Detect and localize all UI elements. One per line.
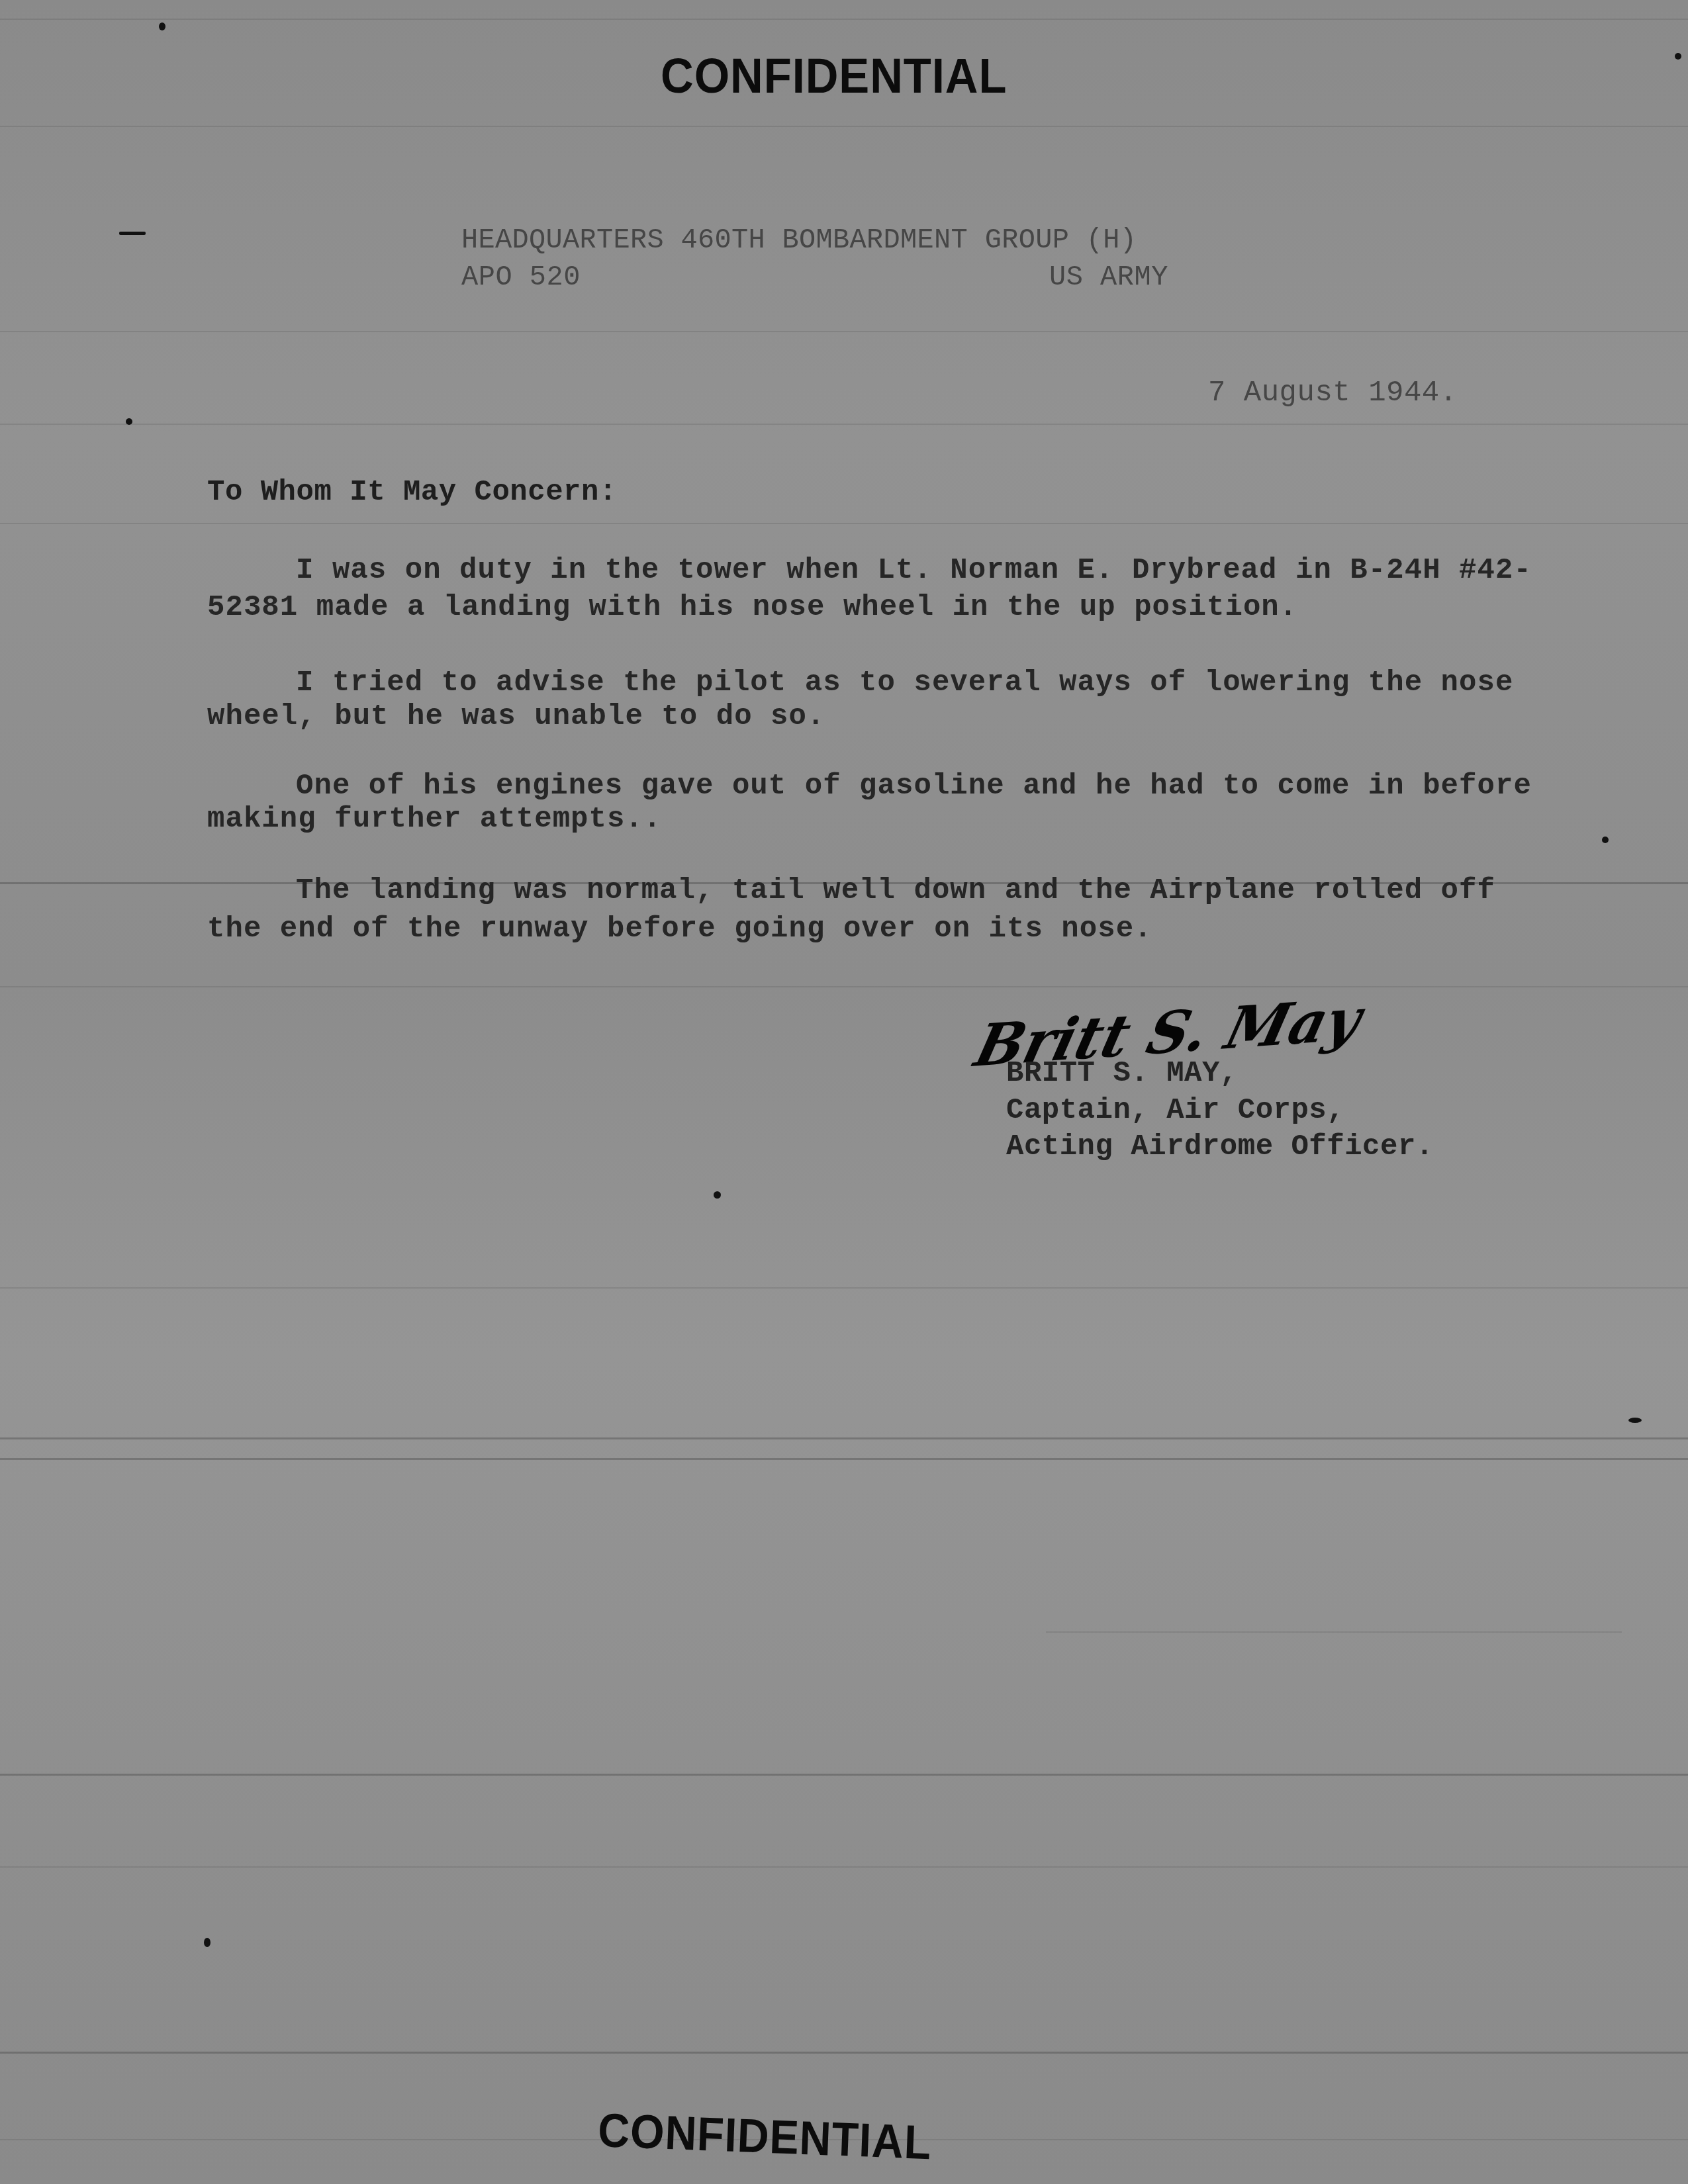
dust-speck [1602,837,1609,843]
scan-streak [0,1774,1688,1776]
paragraph-3-line-2: making further attempts.. [207,805,661,834]
paragraph-4-line-2: the end of the runway before going over … [207,915,1152,944]
signer-position: Acting Airdrome Officer. [1006,1132,1434,1161]
salutation: To Whom It May Concern: [207,478,617,507]
letterhead-unit: HEADQUARTERS 460TH BOMBARDMENT GROUP (H) [461,226,1137,254]
dust-speck [126,418,132,425]
dust-speck [204,1938,211,1947]
classification-stamp-top: CONFIDENTIAL [661,48,1007,104]
paragraph-3-line-1: One of his engines gave out of gasoline … [296,772,1532,801]
scan-streak [0,1458,1688,1460]
scan-streak [0,331,1688,332]
scan-streak [0,523,1688,524]
paragraph-2-line-2: wheel, but he was unable to do so. [207,702,825,731]
letterhead-service: US ARMY [1049,263,1168,291]
dust-speck [1628,1418,1642,1423]
classification-stamp-bottom: CONFIDENTIAL [597,2103,933,2170]
letter-date: 7 August 1944. [1208,379,1458,408]
scan-streak [1046,1631,1622,1633]
scan-streak [0,424,1688,425]
signer-name: BRITT S. MAY, [1006,1059,1238,1088]
paragraph-1-line-1: I was on duty in the tower when Lt. Norm… [296,556,1532,585]
scan-streak [0,2052,1688,2054]
signer-rank: Captain, Air Corps, [1006,1096,1344,1125]
dust-speck [714,1191,721,1199]
paragraph-2-line-1: I tried to advise the pilot as to severa… [296,668,1513,698]
scan-streak [0,1866,1688,1868]
scan-streak [0,19,1688,20]
paragraph-1-line-2: 52381 made a landing with his nose wheel… [207,593,1297,622]
dust-speck [119,232,146,235]
paragraph-4-line-1: The landing was normal, tail well down a… [296,876,1495,905]
scan-streak [0,126,1688,127]
scan-streak [0,1287,1688,1289]
dust-speck [159,23,165,30]
scan-streak [0,1437,1688,1439]
scan-streak [0,986,1688,987]
dust-speck [1675,53,1681,60]
letterhead-apo: APO 520 [461,263,581,291]
scanned-document-page: CONFIDENTIAL HEADQUARTERS 460TH BOMBARDM… [0,0,1688,2184]
